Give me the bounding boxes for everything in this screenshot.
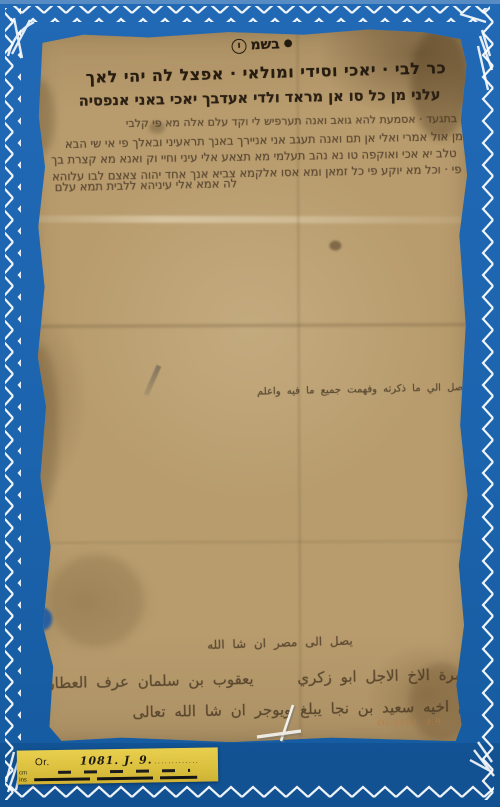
stitch-top <box>10 6 490 22</box>
fold-crease <box>29 215 471 223</box>
manuscript-leaf: ● בשמ ו כר לבי · יאכי וסידי ומולאי · אפצ… <box>28 25 473 746</box>
stain <box>25 79 55 155</box>
ins-scale-bar <box>34 776 197 782</box>
cm-label: cm <box>17 770 34 776</box>
ink-blot <box>329 241 341 251</box>
stain <box>49 554 144 646</box>
ins-label: ins <box>17 777 34 783</box>
ink-dot: ● <box>284 39 293 49</box>
invocation-header: ● בשמ ו <box>231 36 293 54</box>
stitch-right <box>479 8 495 800</box>
shelfmark-label: Or. 1081. J. 9. ............. cm ins <box>17 747 219 784</box>
dotted-line: ............. <box>155 758 200 766</box>
manuscript-photo: ● בשמ ו כר לבי · יאכי וסידי ומולאי · אפצ… <box>0 0 500 807</box>
shelfmark-stamp: Or.1081. J.9 <box>377 718 442 729</box>
shelfmark-number: 1081. J. 9. <box>80 753 153 767</box>
shelfmark-prefix: Or. <box>35 757 50 768</box>
circled-letter: ו <box>231 38 247 54</box>
invocation-word: בשמ <box>250 36 280 53</box>
photo-edge-highlight <box>0 0 500 4</box>
shelfmark-row: Or. 1081. J. 9. ............. <box>17 747 218 766</box>
pin-mark <box>246 700 316 755</box>
stitch-left <box>5 8 21 800</box>
blue-mount-showthrough <box>29 607 53 633</box>
